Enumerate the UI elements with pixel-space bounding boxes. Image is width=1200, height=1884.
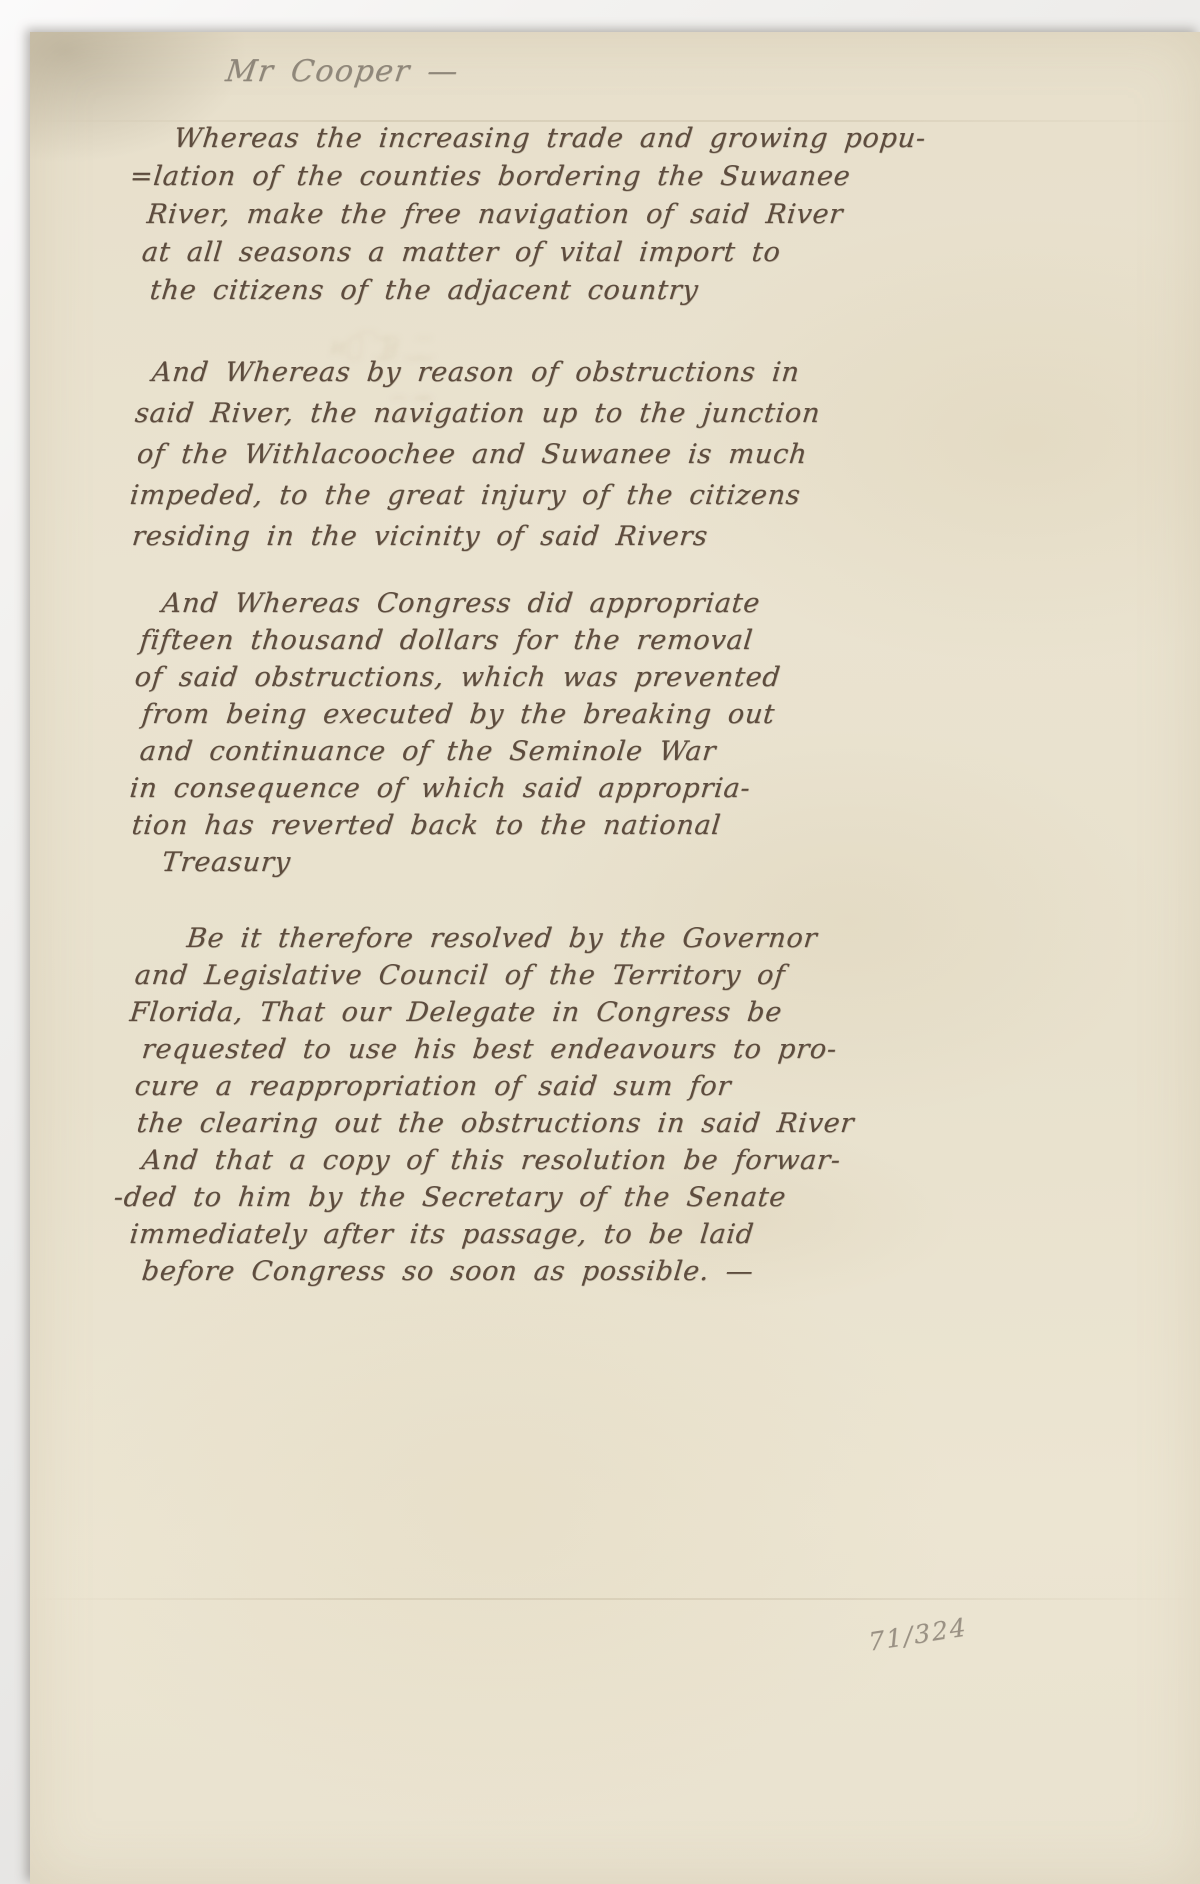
manuscript-line: immediately after its passage, to be lai…: [30, 1216, 856, 1253]
manuscript-line: =lation of the counties bordering the Su…: [30, 158, 928, 196]
addressee-annotation: Mr Cooper —: [224, 54, 462, 89]
manuscript-line: from being executed by the breaking out: [30, 696, 783, 733]
manuscript-line: tion has reverted back to the national: [30, 807, 783, 844]
paragraph-whereas-congress: And Whereas Congress did appropriate fif…: [30, 585, 779, 881]
manuscript-line: River, make the free navigation of said …: [30, 196, 928, 234]
manuscript-line: fifteen thousand dollars for the removal: [30, 622, 783, 659]
manuscript-line: impeded, to the great injury of the citi…: [30, 475, 822, 516]
manuscript-line: before Congress so soon as possible. —: [30, 1253, 856, 1290]
manuscript-line: of said obstructions, which was prevente…: [30, 659, 783, 696]
archival-number: 71/324: [867, 1612, 968, 1657]
manuscript-line: Be it therefore resolved by the Governor: [30, 920, 856, 957]
manuscript-line: the citizens of the adjacent country: [30, 272, 928, 310]
manuscript-line: And Whereas by reason of obstructions in: [30, 352, 822, 393]
paper-fold-line: [30, 1598, 1200, 1600]
manuscript-line: Florida, That our Delegate in Congress b…: [30, 994, 856, 1031]
scanned-document-page: ͷ͜͡ ͞ ͜ ͟͡ͷ ͜ ͞ ͜ ͜͡ ͟ ͜ ͞ ͜͡ ͟ ͜ Mr Coo…: [0, 0, 1200, 1884]
manuscript-line: at all seasons a matter of vital import …: [30, 234, 928, 272]
manuscript-line: requested to use his best endeavours to …: [30, 1031, 856, 1068]
manuscript-line: in consequence of which said appropria-: [30, 770, 783, 807]
manuscript-line: residing in the vicinity of said Rivers: [30, 516, 822, 557]
manuscript-paper: ͷ͜͡ ͞ ͜ ͟͡ͷ ͜ ͞ ͜ ͜͡ ͟ ͜ ͞ ͜͡ ͟ ͜ Mr Coo…: [30, 32, 1200, 1884]
paragraph-whereas-trade: Whereas the increasing trade and growing…: [30, 120, 924, 310]
paragraph-whereas-obstructions: And Whereas by reason of obstructions in…: [30, 352, 818, 557]
manuscript-line: of the Withlacoochee and Suwanee is much: [30, 434, 822, 475]
manuscript-line: and Legislative Council of the Territory…: [30, 957, 856, 994]
manuscript-line: the clearing out the obstructions in sai…: [30, 1105, 856, 1142]
manuscript-line: And that a copy of this resolution be fo…: [30, 1142, 856, 1179]
manuscript-line: Treasury: [30, 844, 783, 881]
manuscript-line: And Whereas Congress did appropriate: [30, 585, 783, 622]
manuscript-line: cure a reappropriation of said sum for: [30, 1068, 856, 1105]
manuscript-line: Whereas the increasing trade and growing…: [30, 120, 928, 158]
manuscript-line: -ded to him by the Secretary of the Sena…: [30, 1179, 856, 1216]
paragraph-resolution: Be it therefore resolved by the Governor…: [30, 920, 852, 1290]
manuscript-line: and continuance of the Seminole War: [30, 733, 783, 770]
manuscript-line: said River, the navigation up to the jun…: [30, 393, 822, 434]
